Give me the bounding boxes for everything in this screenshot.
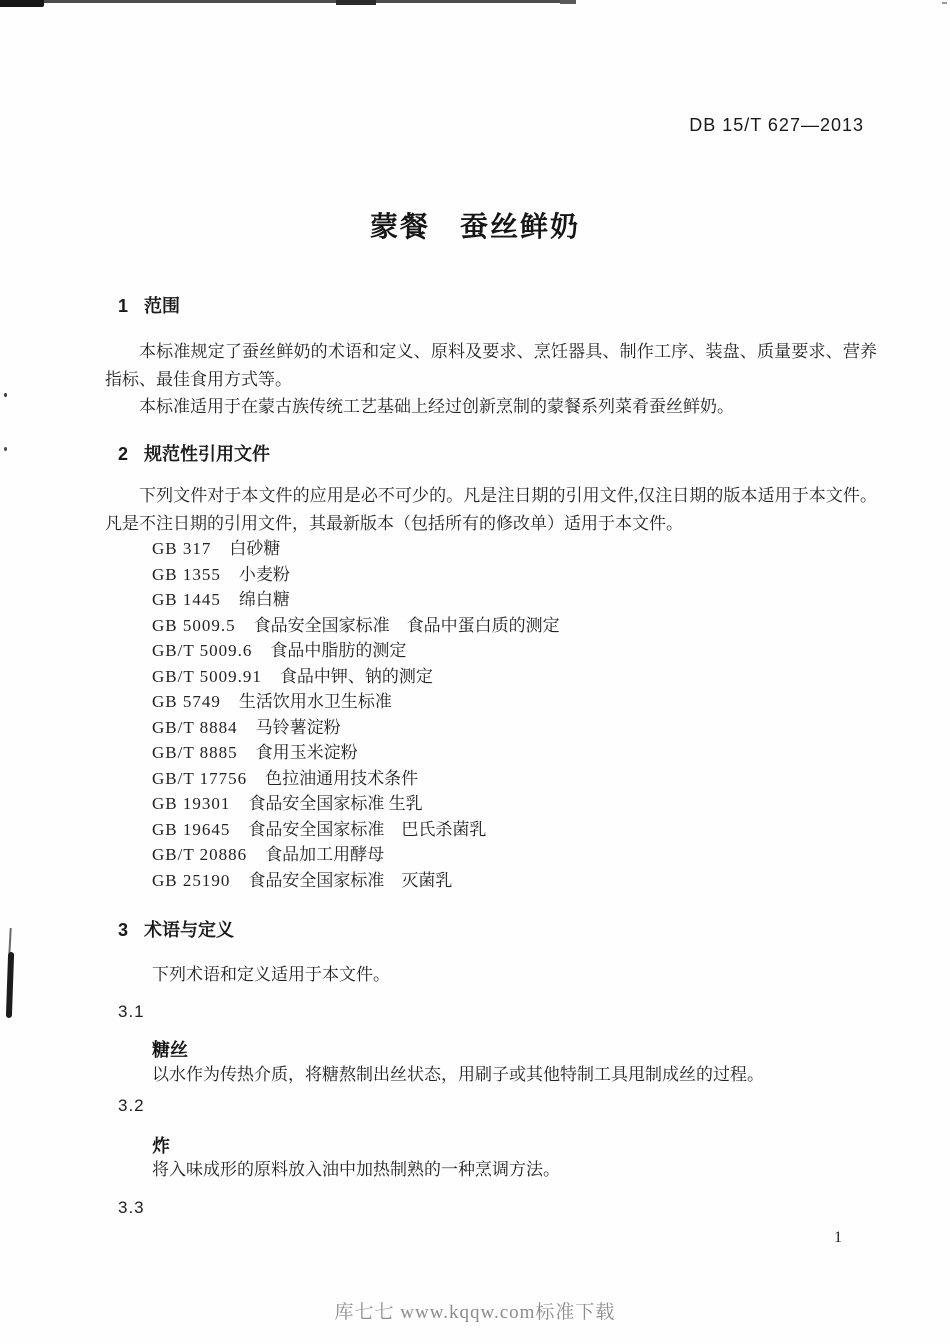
scan-artifact-top-line-end bbox=[560, 0, 576, 4]
reference-title: 白砂糖 bbox=[229, 539, 280, 558]
reference-code: GB 1355 bbox=[152, 562, 221, 588]
reference-item: GB 5009.5食品安全国家标准 食品中蛋白质的测定 bbox=[152, 613, 872, 639]
reference-code: GB 5749 bbox=[152, 689, 221, 715]
reference-item: GB 1355小麦粉 bbox=[152, 562, 872, 588]
section-2-intro: 下列文件对于本文件的应用是必不可少的。凡是注日期的引用文件,仅注日期的版本适用于… bbox=[105, 482, 877, 538]
section-1-paragraph-2: 本标准适用于在蒙古族传统工艺基础上经过创新烹制的蒙餐系列菜肴蚕丝鲜奶。 bbox=[105, 393, 877, 421]
section-number: 1 bbox=[118, 296, 128, 317]
reference-title: 小麦粉 bbox=[239, 565, 290, 584]
reference-item: GB 1445绵白糖 bbox=[152, 587, 872, 613]
reference-title: 食品安全国家标准 食品中蛋白质的测定 bbox=[254, 616, 560, 635]
reference-title: 生活饮用水卫生标准 bbox=[239, 692, 392, 711]
scan-artifact-speck bbox=[4, 393, 7, 397]
reference-title: 食品安全国家标准 灭菌乳 bbox=[248, 871, 452, 890]
term-number: 3.3 bbox=[118, 1198, 145, 1218]
scan-artifact-top-line bbox=[0, 0, 574, 3]
reference-title: 食品安全国家标准 巴氏杀菌乳 bbox=[248, 820, 486, 839]
section-label: 规范性引用文件 bbox=[144, 444, 270, 464]
reference-item: GB 25190食品安全国家标准 灭菌乳 bbox=[152, 868, 872, 894]
reference-item: GB 317白砂糖 bbox=[152, 536, 872, 562]
term-name: 炸 bbox=[152, 1132, 170, 1158]
scan-artifact-top-smudge bbox=[336, 0, 376, 5]
term-name: 糖丝 bbox=[152, 1036, 188, 1062]
reference-code: GB/T 17756 bbox=[152, 766, 247, 792]
reference-code: GB/T 8884 bbox=[152, 715, 238, 741]
reference-code: GB 25190 bbox=[152, 868, 230, 894]
reference-title: 食用玉米淀粉 bbox=[256, 743, 358, 762]
section-1-heading: 1范围 bbox=[118, 292, 180, 318]
reference-item: GB 19301食品安全国家标准 生乳 bbox=[152, 791, 872, 817]
reference-title: 绵白糖 bbox=[239, 590, 290, 609]
reference-title: 食品中脂肪的测定 bbox=[270, 641, 406, 660]
page-title: 蒙餐 蚕丝鲜奶 bbox=[0, 205, 950, 245]
term-definition: 将入味成形的原料放入油中加热制熟的一种烹调方法。 bbox=[152, 1157, 878, 1183]
page-number: 1 bbox=[834, 1229, 842, 1247]
reference-title: 马铃薯淀粉 bbox=[256, 718, 341, 737]
reference-item: GB/T 8885食用玉米淀粉 bbox=[152, 740, 872, 766]
reference-item: GB/T 5009.6食品中脂肪的测定 bbox=[152, 638, 872, 664]
scan-artifact-pen-mark bbox=[6, 952, 14, 1018]
section-3-intro: 下列术语和定义适用于本文件。 bbox=[152, 962, 878, 988]
reference-item: GB/T 17756色拉油通用技术条件 bbox=[152, 766, 872, 792]
section-1-paragraph-1: 本标准规定了蚕丝鲜奶的术语和定义、原料及要求、烹饪器具、制作工序、装盘、质量要求… bbox=[105, 338, 877, 394]
term-number: 3.2 bbox=[118, 1096, 145, 1116]
section-number: 3 bbox=[118, 920, 128, 941]
reference-code: GB/T 5009.6 bbox=[152, 638, 252, 664]
reference-title: 食品加工用酵母 bbox=[265, 845, 384, 864]
reference-code: GB/T 8885 bbox=[152, 740, 238, 766]
reference-item: GB/T 20886食品加工用酵母 bbox=[152, 842, 872, 868]
section-3-heading: 3术语与定义 bbox=[118, 916, 234, 942]
scanned-document-page: DB 15/T 627—2013 蒙餐 蚕丝鲜奶 1范围 本标准规定了蚕丝鲜奶的… bbox=[0, 0, 950, 1344]
term-definition: 以水作为传热介质，将糖熬制出丝状态，用刷子或其他特制工具甩制成丝的过程。 bbox=[152, 1062, 878, 1088]
scan-artifact-corner-blob bbox=[0, 0, 44, 7]
section-label: 范围 bbox=[144, 296, 180, 316]
watermark-footer: 库七七 www.kqqw.com标准下载 bbox=[0, 1297, 950, 1324]
scan-artifact-speck bbox=[942, 2, 947, 4]
section-label: 术语与定义 bbox=[144, 920, 234, 940]
reference-title: 食品安全国家标准 生乳 bbox=[248, 794, 422, 813]
reference-item: GB 5749生活饮用水卫生标准 bbox=[152, 689, 872, 715]
scan-artifact-speck bbox=[4, 447, 7, 451]
section-2-heading: 2规范性引用文件 bbox=[118, 440, 270, 466]
standard-number: DB 15/T 627—2013 bbox=[689, 115, 864, 136]
section-number: 2 bbox=[118, 444, 128, 465]
reference-code: GB/T 5009.91 bbox=[152, 664, 262, 690]
reference-title: 食品中钾、钠的测定 bbox=[280, 667, 433, 686]
reference-title: 色拉油通用技术条件 bbox=[265, 769, 418, 788]
reference-code: GB 1445 bbox=[152, 587, 221, 613]
reference-code: GB 317 bbox=[152, 536, 211, 562]
reference-code: GB 19645 bbox=[152, 817, 230, 843]
reference-code: GB 5009.5 bbox=[152, 613, 236, 639]
reference-item: GB/T 5009.91食品中钾、钠的测定 bbox=[152, 664, 872, 690]
reference-code: GB 19301 bbox=[152, 791, 230, 817]
reference-item: GB/T 8884马铃薯淀粉 bbox=[152, 715, 872, 741]
reference-item: GB 19645食品安全国家标准 巴氏杀菌乳 bbox=[152, 817, 872, 843]
reference-code: GB/T 20886 bbox=[152, 842, 247, 868]
references-list: GB 317白砂糖 GB 1355小麦粉 GB 1445绵白糖 GB 5009.… bbox=[152, 536, 872, 893]
term-number: 3.1 bbox=[118, 1002, 145, 1022]
